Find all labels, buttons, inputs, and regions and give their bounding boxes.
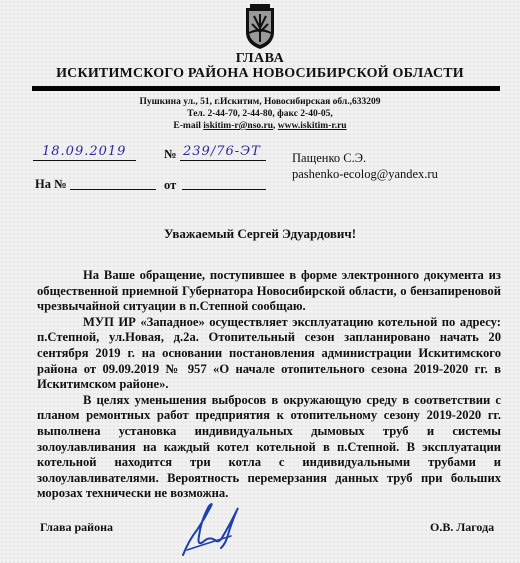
letterhead-title: ГЛАВА bbox=[0, 51, 520, 67]
registration-date: 18.09.2019 bbox=[42, 144, 126, 159]
email-link[interactable]: iskitim-r@nso.ru bbox=[203, 121, 273, 131]
registration-number: 239/76-ЭТ bbox=[183, 144, 261, 159]
number-underline bbox=[180, 160, 266, 161]
signer-position: Глава района bbox=[40, 520, 113, 535]
letterhead-phones: Тел. 2-44-70, 2-44-80, факс 2-40-05, bbox=[0, 108, 520, 120]
from-label: от bbox=[164, 178, 176, 193]
letterhead-divider bbox=[32, 86, 500, 91]
recipient-block: Пащенко С.Э. pashenko-ecolog@yandex.ru bbox=[292, 150, 438, 182]
recipient-email: pashenko-ecolog@yandex.ru bbox=[292, 166, 438, 182]
letterhead-address: Пушкина ул., 51, г.Искитим, Новосибирска… bbox=[0, 96, 520, 108]
number-label: № bbox=[164, 147, 177, 162]
signer-name: О.В. Лагода bbox=[430, 520, 494, 535]
coat-of-arms-icon bbox=[240, 2, 280, 50]
paragraph: На Ваше обращение, поступившее в форме э… bbox=[37, 268, 501, 315]
salutation: Уважаемый Сергей Эдуардович! bbox=[0, 226, 520, 242]
letter-body: На Ваше обращение, поступившее в форме э… bbox=[37, 268, 501, 502]
handwritten-signature-icon bbox=[175, 500, 255, 558]
paragraph: В целях уменьшения выбросов в окружающую… bbox=[37, 393, 501, 502]
email-label: E-mail bbox=[173, 121, 203, 131]
letterhead-organization: ИСКИТИМСКОГО РАЙОНА НОВОСИБИРСКОЙ ОБЛАСТ… bbox=[0, 66, 520, 82]
reply-to-underline bbox=[70, 189, 156, 190]
recipient-name: Пащенко С.Э. bbox=[292, 150, 438, 166]
paragraph: МУП ИР «Западное» осуществляет эксплуата… bbox=[37, 315, 501, 393]
date-underline bbox=[33, 160, 136, 161]
letterhead-contacts: E-mail iskitim-r@nso.ru, www.iskitim-r.r… bbox=[0, 120, 520, 132]
website-link[interactable]: www.iskitim-r.ru bbox=[278, 121, 347, 131]
reply-to-label: На № bbox=[35, 177, 67, 192]
from-underline bbox=[182, 189, 266, 190]
